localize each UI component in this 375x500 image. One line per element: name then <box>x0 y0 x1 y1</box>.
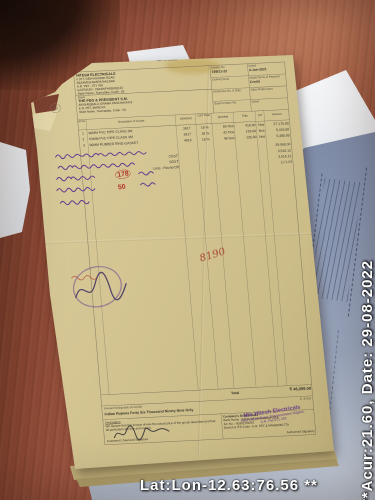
gps-overlay-bottom: Lat:Lon-12.63:76.56 ** <box>140 477 318 494</box>
photo-of-invoice-on-desk: Tax Invoice (ORIGINAL FOR RECIPIENT) HIT… <box>0 0 375 500</box>
photo-vignette <box>0 0 375 500</box>
gps-overlay-side: **Acur:21.60, Date: 29-08-2022 <box>359 260 375 500</box>
